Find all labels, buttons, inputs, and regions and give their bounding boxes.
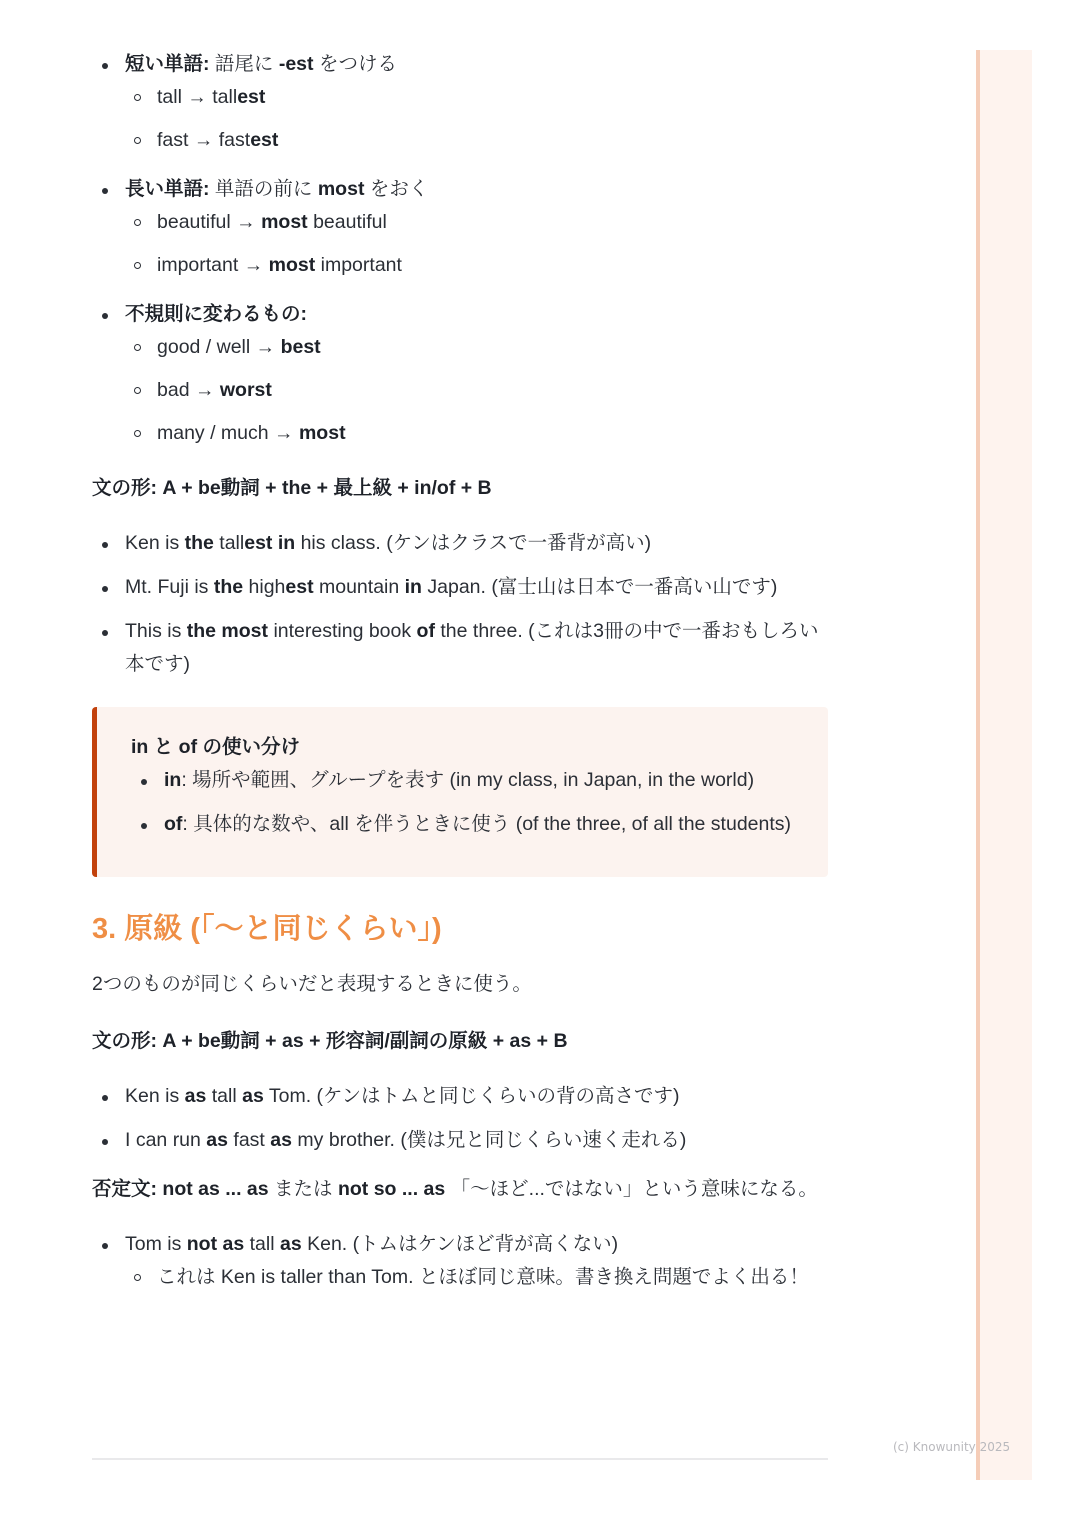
example-sentence: Mt. Fuji is the highest mountain in Japa…: [92, 571, 828, 604]
example-plain: tall → tall: [157, 86, 237, 108]
rule-text: をおく: [364, 178, 428, 200]
examples-sublist: beautiful → most beautiful important → m…: [125, 206, 828, 282]
example-pre: bad →: [157, 379, 220, 401]
example-item: fast → fastest: [125, 124, 828, 157]
positive-examples-list: Ken is as tall as Tom. (ケンはトムと同じくらいの背の高さ…: [92, 1080, 828, 1157]
superlative-form: 文の形: A + be動詞 + the + 最上級 + in/of + B: [92, 472, 828, 505]
example-pre: good / well →: [157, 336, 281, 358]
example-item: important → most important: [125, 249, 828, 282]
example-pre: important →: [157, 254, 269, 276]
callout-item-in: in: 場所や範囲、グループを表す (in my class, in Japan…: [131, 764, 804, 797]
example-bold: most: [299, 422, 346, 444]
rule-bold: -est: [279, 53, 314, 75]
rule-label: 不規則に変わるもの:: [125, 303, 307, 325]
example-item: tall → tallest: [125, 81, 828, 114]
rule-text: 語尾に: [210, 53, 279, 75]
callout-text: : 場所や範囲、グループを表す (in my class, in Japan, …: [181, 769, 754, 791]
document-content: 短い単語: 語尾に -est をつける tall → tallest fast …: [92, 48, 828, 1294]
section-intro: 2つのものが同じくらいだと表現するときに使う。: [92, 968, 828, 1001]
example-bold: worst: [220, 379, 272, 401]
example-pre: many / much →: [157, 422, 299, 444]
example-post: important: [315, 254, 402, 276]
divider: [92, 1458, 828, 1460]
callout-item-of: of: 具体的な数や、all を伴うときに使う (of the three, o…: [131, 808, 804, 841]
example-sentence: This is the most interesting book of the…: [92, 615, 828, 681]
copyright: (c) Knowunity 2025: [893, 1440, 1010, 1454]
example-pre: beautiful →: [157, 211, 261, 233]
negative-label: 否定文: not as ... as: [92, 1178, 269, 1200]
callout-in-of: in と of の使い分け in: 場所や範囲、グループを表す (in my c…: [92, 707, 828, 877]
rule-bold: most: [318, 178, 365, 200]
example-plain: fast → fast: [157, 129, 250, 151]
example-bold: est: [237, 86, 265, 108]
example-post: beautiful: [308, 211, 387, 233]
example-sentence: Tom is not as tall as Ken. (トムはケンほど背が高くな…: [92, 1228, 828, 1294]
example-sentence: I can run as fast as my brother. (僕は兄と同じ…: [92, 1124, 828, 1157]
negative-text: 「〜ほど...ではない」という意味になる。: [445, 1178, 818, 1200]
example-bold: est: [250, 129, 278, 151]
rule-short-words: 短い単語: 語尾に -est をつける tall → tallest fast …: [92, 48, 828, 157]
negative-bold: not so ... as: [338, 1178, 445, 1200]
callout-text: : 具体的な数や、all を伴うときに使う (of the three, of …: [182, 813, 791, 835]
rule-label: 長い単語:: [125, 178, 210, 200]
example-item: beautiful → most beautiful: [125, 206, 828, 239]
rule-irregular: 不規則に変わるもの: good / well → best bad → wors…: [92, 298, 828, 450]
section-heading: 3. 原級 (「〜と同じくらい」): [92, 909, 828, 949]
example-item: bad → worst: [125, 374, 828, 407]
negative-example-text: Tom is not as tall as Ken. (トムはケンほど背が高くな…: [125, 1233, 618, 1255]
negative-text: または: [269, 1178, 338, 1200]
superlative-rules-list: 短い単語: 語尾に -est をつける tall → tallest fast …: [92, 48, 828, 450]
rule-long-words: 長い単語: 単語の前に most をおく beautiful → most be…: [92, 173, 828, 282]
examples-sublist: good / well → best bad → worst many / mu…: [125, 331, 828, 450]
callout-title: in と of の使い分け: [131, 731, 804, 764]
negative-examples-list: Tom is not as tall as Ken. (トムはケンほど背が高くな…: [92, 1228, 828, 1294]
example-bold: most: [261, 211, 308, 233]
example-sentence: Ken is as tall as Tom. (ケンはトムと同じくらいの背の高さ…: [92, 1080, 828, 1113]
examples-sublist: tall → tallest fast → fastest: [125, 81, 828, 157]
example-item: good / well → best: [125, 331, 828, 364]
positive-form: 文の形: A + be動詞 + as + 形容詞/副詞の原級 + as + B: [92, 1025, 828, 1058]
callout-key: in: [164, 769, 181, 791]
rule-label: 短い単語:: [125, 53, 210, 75]
superlative-examples-list: Ken is the tallest in his class. (ケンはクラス…: [92, 527, 828, 681]
examples-sublist: これは Ken is taller than Tom. とほぼ同じ意味。書き換え…: [125, 1261, 828, 1294]
example-bold: best: [281, 336, 321, 358]
callout-key: of: [164, 813, 182, 835]
callout-list: in: 場所や範囲、グループを表す (in my class, in Japan…: [131, 764, 804, 841]
example-sentence: Ken is the tallest in his class. (ケンはクラス…: [92, 527, 828, 560]
rule-text: をつける: [314, 53, 397, 75]
example-bold: most: [269, 254, 316, 276]
note-item: これは Ken is taller than Tom. とほぼ同じ意味。書き換え…: [125, 1261, 828, 1294]
side-panel: [976, 50, 1032, 1480]
negative-explanation: 否定文: not as ... as または not so ... as 「〜ほ…: [92, 1173, 828, 1206]
rule-text: 単語の前に: [210, 178, 318, 200]
example-item: many / much → most: [125, 417, 828, 450]
